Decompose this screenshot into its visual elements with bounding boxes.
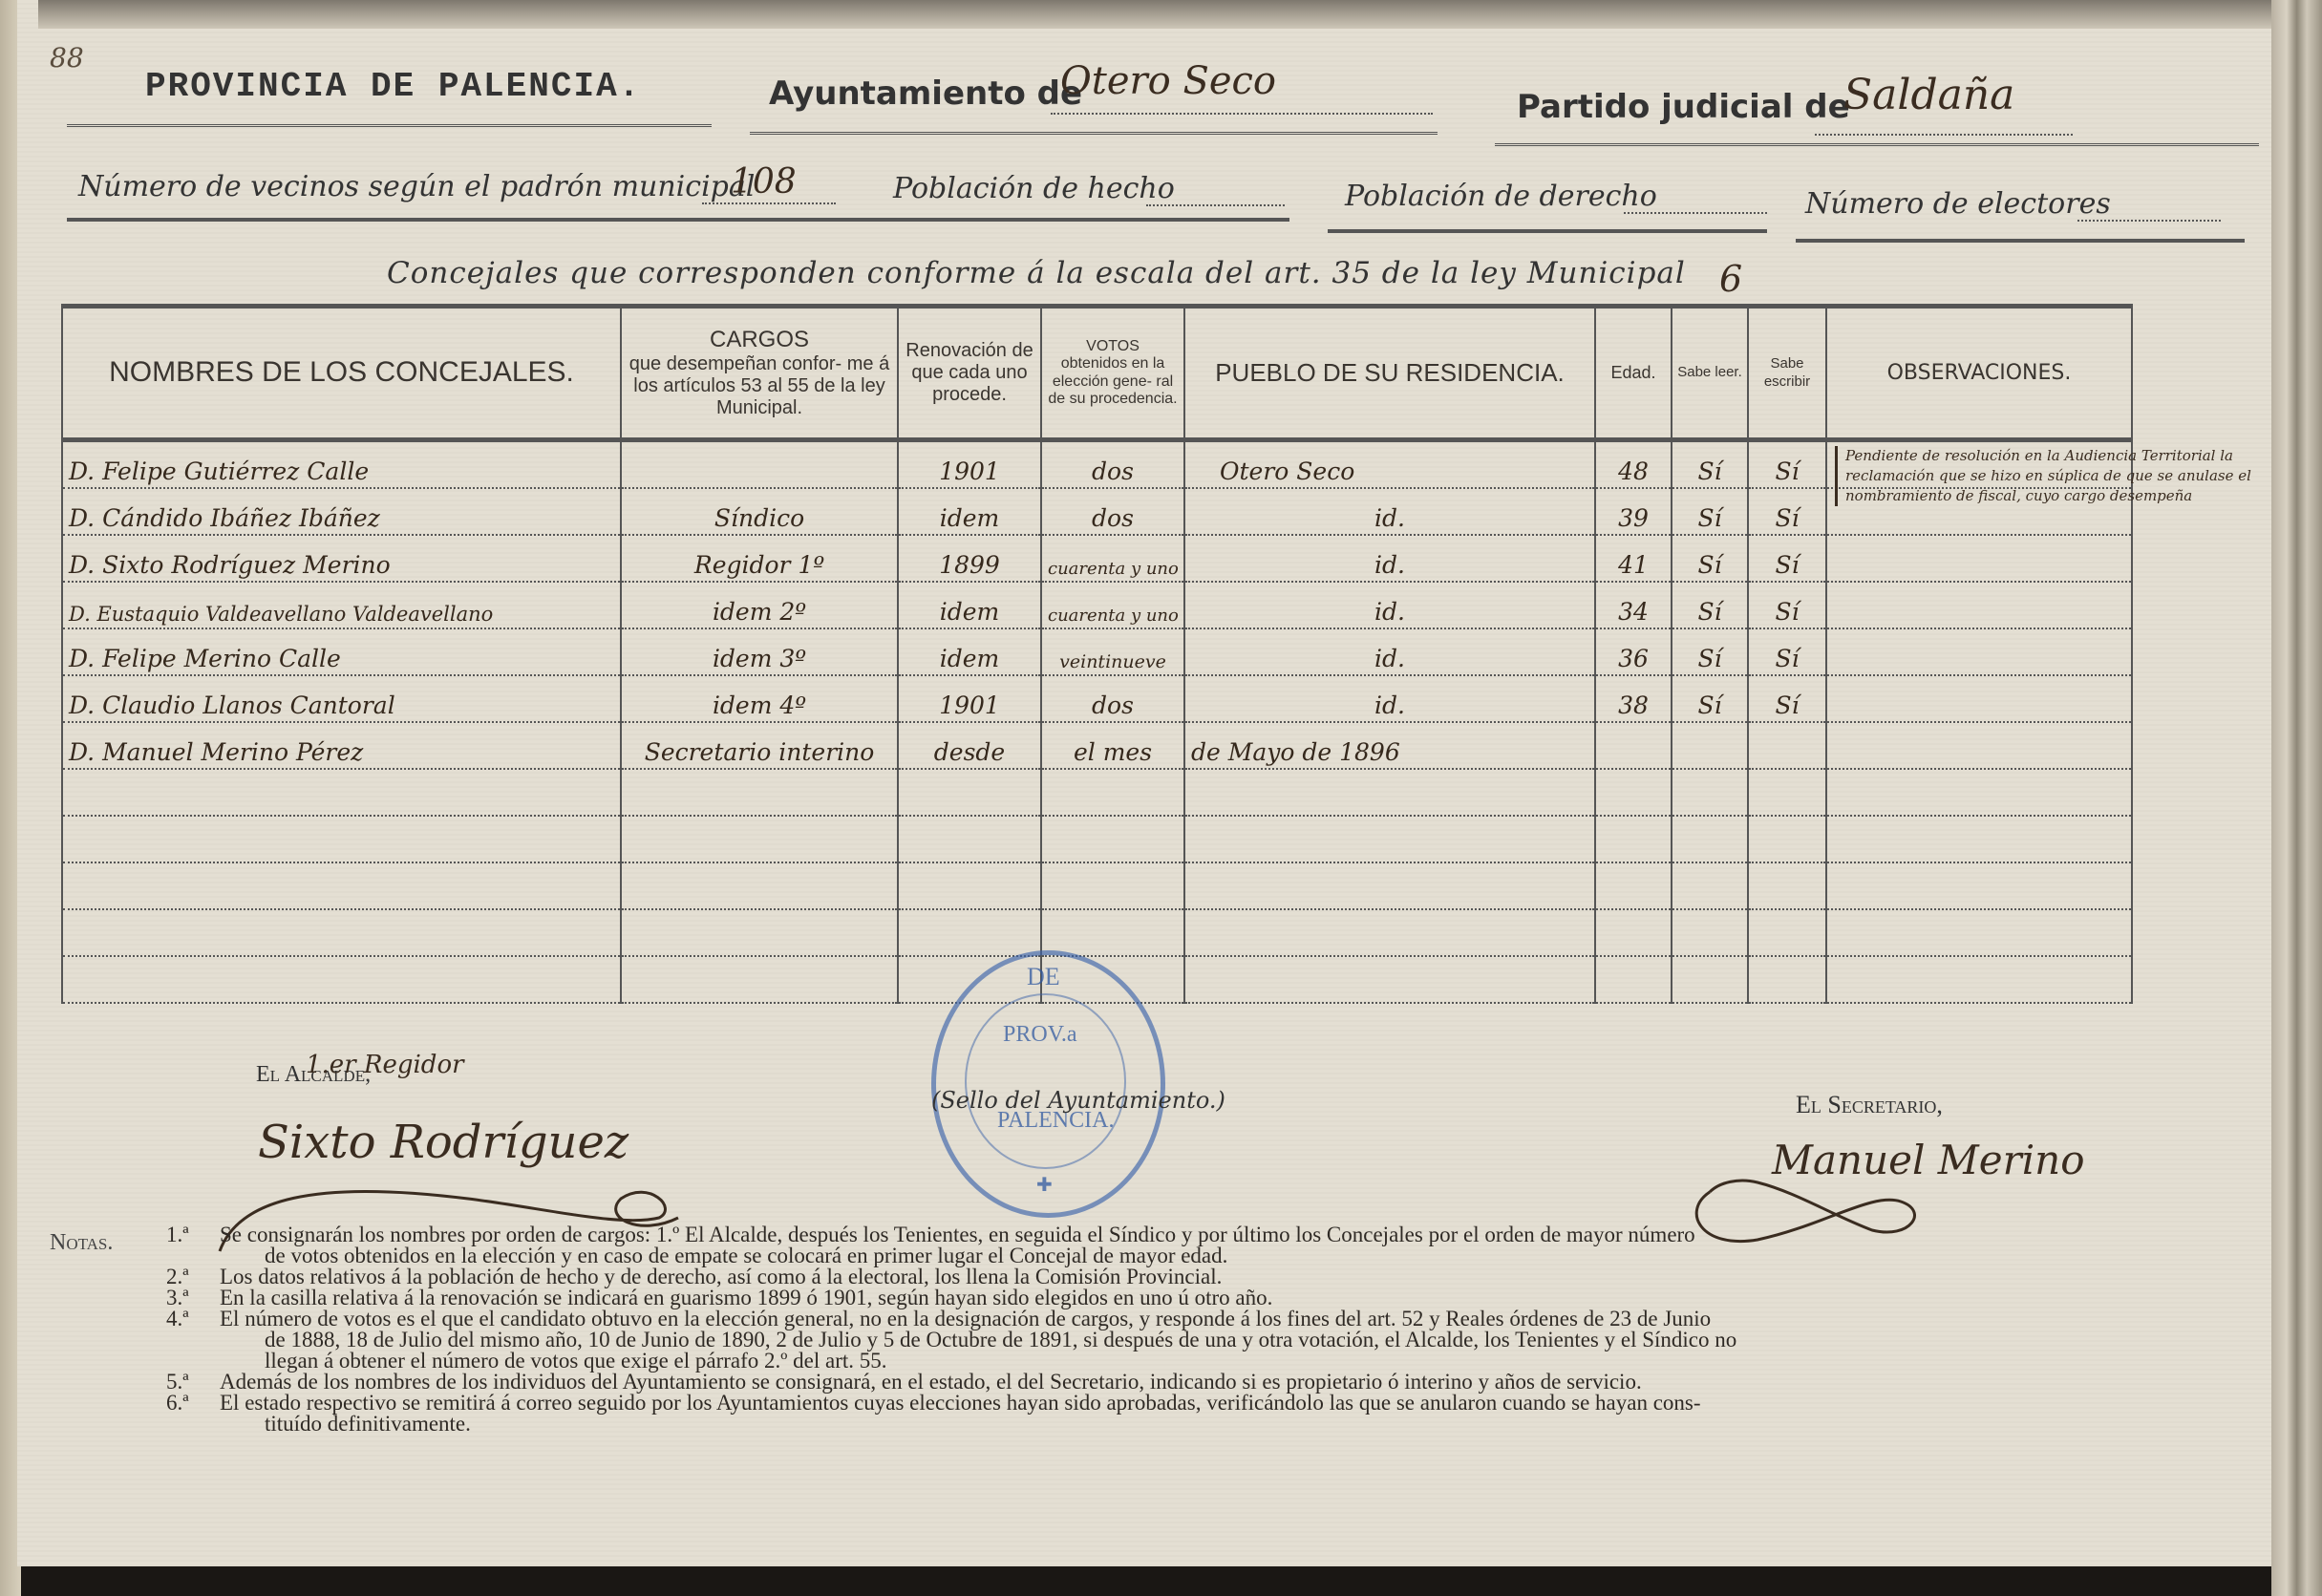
note-item: 1.ªSe consignarán los nombres por orden …: [50, 1224, 2199, 1245]
concejales-table: NOMBRES DE LOS CONCEJALES. CARGOSque des…: [61, 304, 2133, 1004]
alcalde-overwrite: 1.er Regidor: [306, 1051, 464, 1079]
divider: [67, 218, 1289, 222]
header-renovacion: Renovación de que cada uno procede.: [898, 307, 1041, 440]
note-item-cont: de votos obtenidos en la elección y en c…: [50, 1245, 2199, 1266]
divider: [1328, 229, 1767, 233]
table-row: D. Manuel Merino Pérez Secretario interi…: [62, 722, 2132, 769]
note-item-cont: de 1888, 18 de Julio del mismo año, 10 d…: [50, 1330, 2199, 1351]
table-row: D. Cándido Ibáñez Ibáñez Síndico idem do…: [62, 488, 2132, 535]
header-edad: Edad.: [1595, 307, 1672, 440]
header-sabe-leer: Sabe leer.: [1672, 307, 1748, 440]
note-item: 5.ªAdemás de los nombres de los individu…: [50, 1372, 2199, 1393]
pueblo-cell: Otero Seco: [1191, 458, 1588, 487]
renovacion-cell: 1901: [905, 458, 1034, 487]
table-row: D. Eustaquio Valdeavellano Valdeavellano…: [62, 582, 2132, 628]
partido-field: [1815, 134, 2073, 136]
note-item: 6.ªEl estado respectivo se remitirá á co…: [50, 1393, 2199, 1414]
table-row: D. Sixto Rodríguez Merino Regidor 1º 189…: [62, 535, 2132, 582]
page-top-shadow: [38, 0, 2273, 29]
note-item: 2.ªLos datos relativos á la población de…: [50, 1266, 2199, 1287]
header-observaciones: OBSERVACIONES.: [1826, 307, 2132, 440]
cargo-cell: [628, 485, 891, 487]
header-cargos: CARGOSque desempeñan confor- me á los ar…: [621, 307, 898, 440]
escribir-cell: Sí: [1755, 458, 1820, 487]
vecinos-value: 108: [731, 162, 797, 202]
table-row-empty: [62, 816, 2132, 862]
vecinos-label: Número de vecinos según el padrón munici…: [78, 170, 755, 203]
observacion-note: Pendiente de resolución en la Audiencia …: [1835, 446, 2266, 506]
note-item: 4.ªEl número de votos es el que el candi…: [50, 1309, 2199, 1330]
table-row: D. Felipe Merino Calle idem 3º idem vein…: [62, 628, 2132, 675]
concejales-label: Concejales que corresponden conforme á l…: [387, 256, 1686, 290]
book-right-edge: [2271, 0, 2322, 1596]
divider: [67, 124, 712, 131]
note-item-cont: llegan á obtener el número de votos que …: [50, 1351, 2199, 1372]
header-nombres: NOMBRES DE LOS CONCEJALES.: [62, 307, 621, 440]
table-row: D. Felipe Gutiérrez Calle 1901 dos Otero…: [62, 440, 2132, 489]
edad-cell: 48: [1602, 458, 1665, 487]
province-title: PROVINCIA DE PALENCIA.: [145, 67, 641, 106]
sello-label: (Sello del Ayuntamiento.): [931, 1087, 1225, 1114]
note-item: 3.ªEn la casilla relativa á la renovació…: [50, 1287, 2199, 1309]
vecinos-field: [702, 202, 836, 204]
table-row-empty: [62, 909, 2132, 956]
concejales-value: 6: [1719, 258, 1742, 300]
poblacion-derecho-label: Población de derecho: [1345, 180, 1657, 213]
partido-label: Partido judicial de: [1517, 88, 1850, 126]
ayuntamiento-field: [1051, 113, 1433, 115]
secretario-label: El Secretario,: [1796, 1091, 1943, 1119]
votos-cell: dos: [1048, 458, 1178, 487]
poblacion-hecho-label: Población de hecho: [893, 172, 1175, 205]
divider: [1796, 239, 2245, 243]
header-pueblo: PUEBLO DE SU RESIDENCIA.: [1184, 307, 1595, 440]
electores-field: [2077, 220, 2221, 222]
ayuntamiento-value: Otero Seco: [1060, 59, 1276, 103]
ayuntamiento-label: Ayuntamiento de: [769, 74, 1082, 113]
divider: [750, 132, 1438, 138]
electores-label: Número de electores: [1805, 187, 2111, 221]
table-row-empty: [62, 769, 2132, 816]
councillor-name: D. Felipe Gutiérrez Calle: [69, 458, 614, 487]
table-row-empty: [62, 862, 2132, 909]
header-votos: VOTOSobtenidos en la elección gene- ral …: [1041, 307, 1184, 440]
municipal-seal-stamp: DE PROV.a PALENCIA. ✚: [931, 950, 1165, 1218]
leer-cell: Sí: [1678, 458, 1741, 487]
page-number: 88: [50, 42, 84, 74]
partido-value: Saldaña: [1843, 71, 2014, 119]
poblacion-hecho-field: [1146, 204, 1285, 206]
divider: [1495, 143, 2259, 150]
note-item-cont: tituído definitivamente.: [50, 1414, 2199, 1435]
poblacion-derecho-field: [1624, 212, 1767, 214]
table-row: D. Claudio Llanos Cantoral idem 4º 1901 …: [62, 675, 2132, 722]
header-sabe-escribir: Sabe escribir: [1748, 307, 1826, 440]
notes-section: Notas. 1.ªSe consignarán los nombres por…: [50, 1224, 2199, 1435]
